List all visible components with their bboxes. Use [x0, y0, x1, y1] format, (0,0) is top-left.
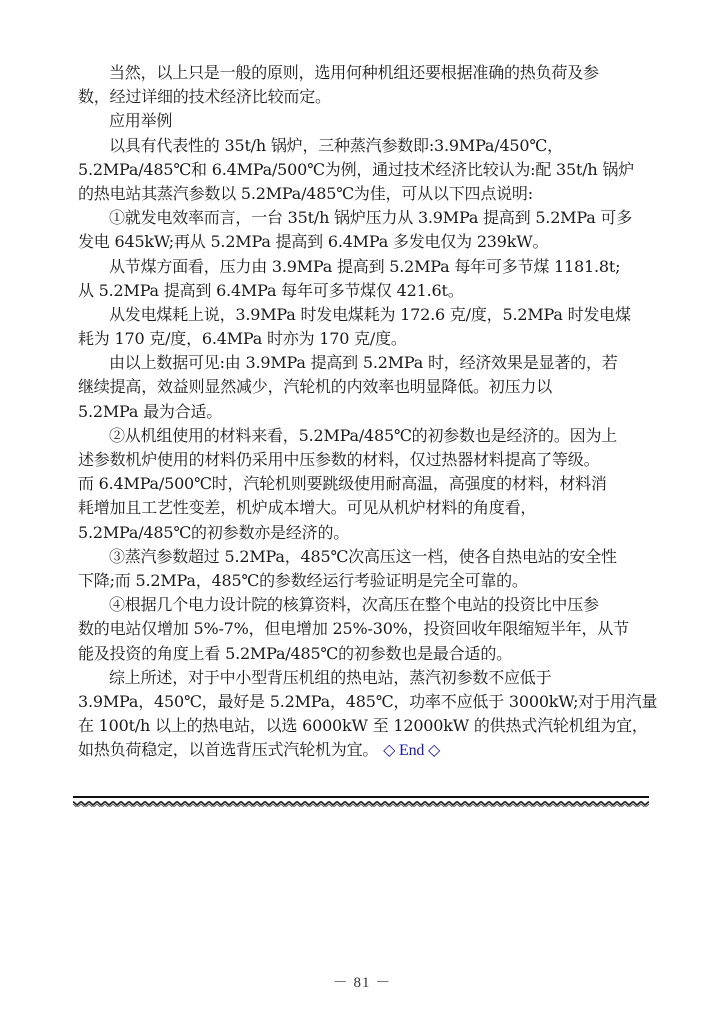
text-line: 继续提高，效益则显然减少，汽轮机的内效率也明显降低。初压力以 [78, 375, 642, 399]
text-line: 5.2MPa/485℃和 6.4MPa/500℃为例，通过技术经济比较认为:配 … [78, 158, 642, 182]
page-number: － 81 － [0, 971, 724, 992]
text-line: 在 100t/h 以上的热电站，以选 6000kW 至 12000kW 的供热式… [78, 714, 642, 738]
text-line: 5.2MPa/485℃的初参数亦是经济的。 [78, 521, 642, 545]
text-line: 由以上数据可见:由 3.9MPa 提高到 5.2MPa 时，经济效果是显著的，若 [78, 351, 642, 375]
final-sentence: 如热负荷稳定，以首选背压式汽轮机为宜。 [78, 740, 378, 759]
text-line: 数，经过详细的技术经济比较而定。 [78, 85, 642, 109]
text-line: ④根据几个电力设计院的核算资料，次高压在整个电站的投资比中压参 [78, 593, 642, 617]
text-line: 5.2MPa 最为合适。 [78, 400, 642, 424]
end-mark: ◇ End ◇ [383, 742, 440, 759]
text-line: 从节煤方面看，压力由 3.9MPa 提高到 5.2MPa 每年可多节煤 1181… [78, 255, 642, 279]
text-line: 的热电站其蒸汽参数以 5.2MPa/485℃为佳，可从以下四点说明: [78, 182, 642, 206]
text-line: 综上所述，对于中小型背压机组的热电站，蒸汽初参数不应低于 [78, 666, 642, 690]
text-line: 数的电站仅增加 5%-7%，但电增加 25%-30%，投资回收年限缩短半年，从节 [78, 617, 642, 641]
text-line: 从发电煤耗上说，3.9MPa 时发电煤耗为 172.6 克/度，5.2MPa 时… [78, 303, 642, 327]
text-line: 发电 645kW;再从 5.2MPa 提高到 6.4MPa 多发电仅为 239k… [78, 230, 642, 254]
text-line: 耗为 170 克/度，6.4MPa 时亦为 170 克/度。 [78, 327, 642, 351]
text-line: 能及投资的角度上看 5.2MPa/485℃的初参数也是最合适的。 [78, 642, 642, 666]
text-line: ②从机组使用的材料来看，5.2MPa/485℃的初参数也是经济的。因为上 [78, 424, 642, 448]
text-line: 述参数机炉使用的材料仍采用中压参数的材料，仅过热器材料提高了等级。 [78, 448, 642, 472]
zigzag-border-icon [73, 800, 649, 807]
section-divider [73, 796, 649, 808]
text-line: 3.9MPa，450℃，最好是 5.2MPa，485℃，功率不应低于 3000k… [78, 690, 642, 714]
text-line: ③蒸汽参数超过 5.2MPa，485℃次高压这一档，使各自热电站的安全性 [78, 545, 642, 569]
text-line: 耗增加且工艺性变差，机炉成本增大。可见从机炉材料的角度看， [78, 496, 642, 520]
text-line: 下降;而 5.2MPa，485℃的参数经运行考验证明是完全可靠的。 [78, 569, 642, 593]
divider-solid-line [73, 796, 649, 798]
text-line-final: 如热负荷稳定，以首选背压式汽轮机为宜。 ◇ End ◇ [78, 738, 642, 762]
text-line: ①就发电效率而言，一台 35t/h 锅炉压力从 3.9MPa 提高到 5.2MP… [78, 206, 642, 230]
section-heading: 应用举例 [78, 109, 642, 133]
article-body: 当然，以上只是一般的原则，选用何种机组还要根据准确的热负荷及参 数，经过详细的技… [78, 61, 642, 762]
text-line: 而 6.4MPa/500℃时，汽轮机则要跳级使用耐高温，高强度的材料，材料消 [78, 472, 642, 496]
text-line: 以具有代表性的 35t/h 锅炉，三种蒸汽参数即:3.9MPa/450℃， [78, 134, 642, 158]
text-line: 从 5.2MPa 提高到 6.4MPa 每年可多节煤仅 421.6t。 [78, 279, 642, 303]
text-line: 当然，以上只是一般的原则，选用何种机组还要根据准确的热负荷及参 [78, 61, 642, 85]
